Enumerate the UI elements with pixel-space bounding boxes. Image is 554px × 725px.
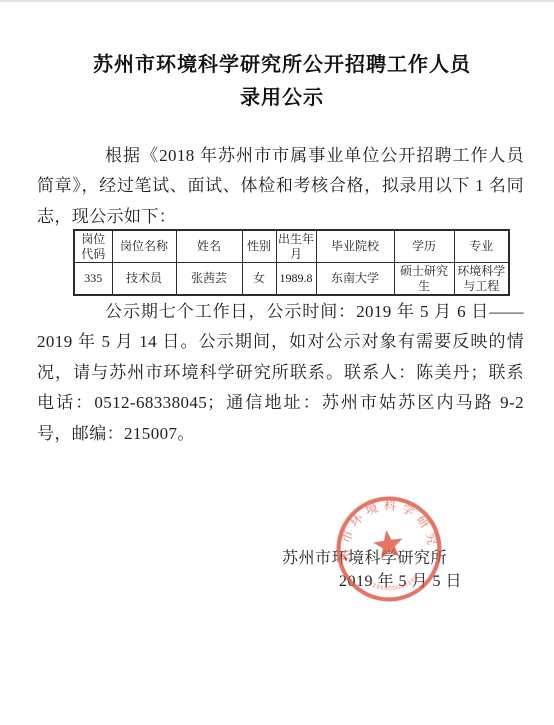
signature-organization: 苏州市环境科学研究所 [282,545,447,568]
table-header-cell: 性别 [242,230,276,263]
announcement-page: 苏州市环境科学研究所公开招聘工作人员 录用公示 根据《2018 年苏州市市属事业… [0,0,554,725]
table-row: 335 技术员 张茜芸 女 1989.8 东南大学 硕士研究生 环境科学与工程 [74,263,509,296]
table-header-cell: 岗位名称 [112,230,176,263]
cell-post-name: 技术员 [112,263,176,296]
page-title-line2: 录用公示 [40,82,524,115]
cell-post-code: 335 [74,263,112,296]
table-header-cell: 出生年月 [276,230,316,263]
signature-date: 2019 年 5 月 5 日 [339,568,462,591]
cell-major: 环境科学与工程 [454,263,509,296]
intro-paragraph: 根据《2018 年苏州市市属事业单位公开招聘工作人员简章》，经过笔试、面试、体检… [37,141,524,232]
page-title: 苏州市环境科学研究所公开招聘工作人员 录用公示 [40,49,524,115]
table-header-cell: 姓名 [176,230,242,263]
candidate-table: 岗位代码 岗位名称 姓名 性别 出生年月 毕业院校 学历 专业 335 技术员 … [73,229,510,296]
notice-paragraph: 公示期七个工作日，公示时间：2019 年 5 月 6 日——2019 年 5 月… [37,297,524,449]
table-header-cell: 毕业院校 [316,230,394,263]
page-title-line1: 苏州市环境科学研究所公开招聘工作人员 [40,49,524,82]
cell-degree: 硕士研究生 [394,263,454,296]
table-header-cell: 岗位代码 [74,230,112,263]
cell-candidate-name: 张茜芸 [176,263,242,296]
cell-university: 东南大学 [316,263,394,296]
table-header-row: 岗位代码 岗位名称 姓名 性别 出生年月 毕业院校 学历 专业 [74,230,509,263]
cell-gender: 女 [242,263,276,296]
table-header-cell: 学历 [394,230,454,263]
table-header-cell: 专业 [454,230,509,263]
cell-birth-date: 1989.8 [276,263,316,296]
